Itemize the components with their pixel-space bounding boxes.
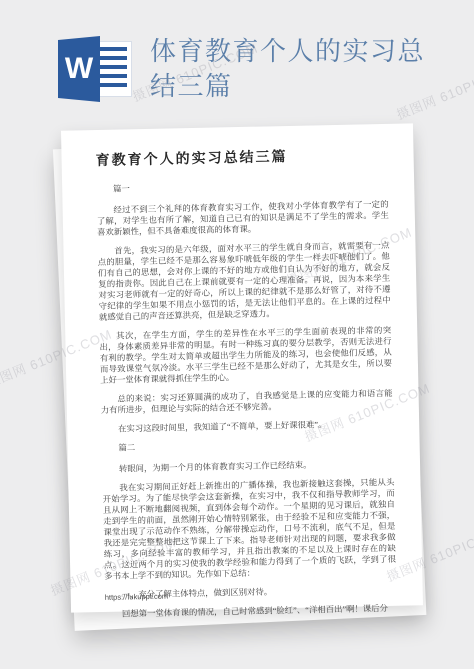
paragraph: 其次，在学生方面，学生的差异性在水平三的学生面前表现的非常的突出，身体素质差异非… xyxy=(99,325,392,386)
paragraph: 转眼间，为期一个月的体育教育实习工作已经结束。 xyxy=(102,458,394,475)
paragraph: 总的来说：实习还算圆满的成功了，自我感觉是上课的应变能力和语言能力有所进步，但理… xyxy=(101,388,393,416)
document-title-link[interactable]: 体育教育个人的实习总结三篇 xyxy=(150,34,436,104)
paragraph: 在实习这段时间里，我知道了“不简单，要上好课很难”。 xyxy=(101,418,393,435)
preview-canvas: W 体育教育个人的实习总结三篇 育教育个人的实习总结三篇 篇一经过不到三个礼拜的… xyxy=(0,0,474,669)
word-icon-letter: W xyxy=(58,36,100,102)
word-icon: W xyxy=(58,36,134,102)
page-title: 育教育个人的实习总结三篇 xyxy=(95,144,387,170)
paragraph: 经过不到三个礼拜的体育教育实习工作，使我对小学体育教学有了一定的了解，对学生也有… xyxy=(97,199,390,238)
paragraph: 我在实习期间正好赶上新推出的广播体操，我也新接触这套操，只能从头开始学习。为了能… xyxy=(102,477,396,582)
header: W 体育教育个人的实习总结三篇 xyxy=(0,0,474,118)
document-body: 篇一经过不到三个礼拜的体育教育实习工作，使我对小学体育教学有了一定的了解，对学生… xyxy=(96,178,397,620)
paragraph: 首先，我实习的是六年级，面对水平三的学生就自身而言，就需要有一点点的胆量，学生已… xyxy=(97,240,391,323)
section-label: 篇一 xyxy=(96,178,388,195)
section-label: 篇二 xyxy=(102,437,394,454)
paper-stack: 育教育个人的实习总结三篇 篇一经过不到三个礼拜的体育教育实习工作，使我对小学体育… xyxy=(66,127,418,609)
document-page: 育教育个人的实习总结三篇 篇一经过不到三个礼拜的体育教育实习工作，使我对小学体育… xyxy=(61,123,423,612)
page-footer-url: https://fukuppt.com xyxy=(105,592,169,602)
